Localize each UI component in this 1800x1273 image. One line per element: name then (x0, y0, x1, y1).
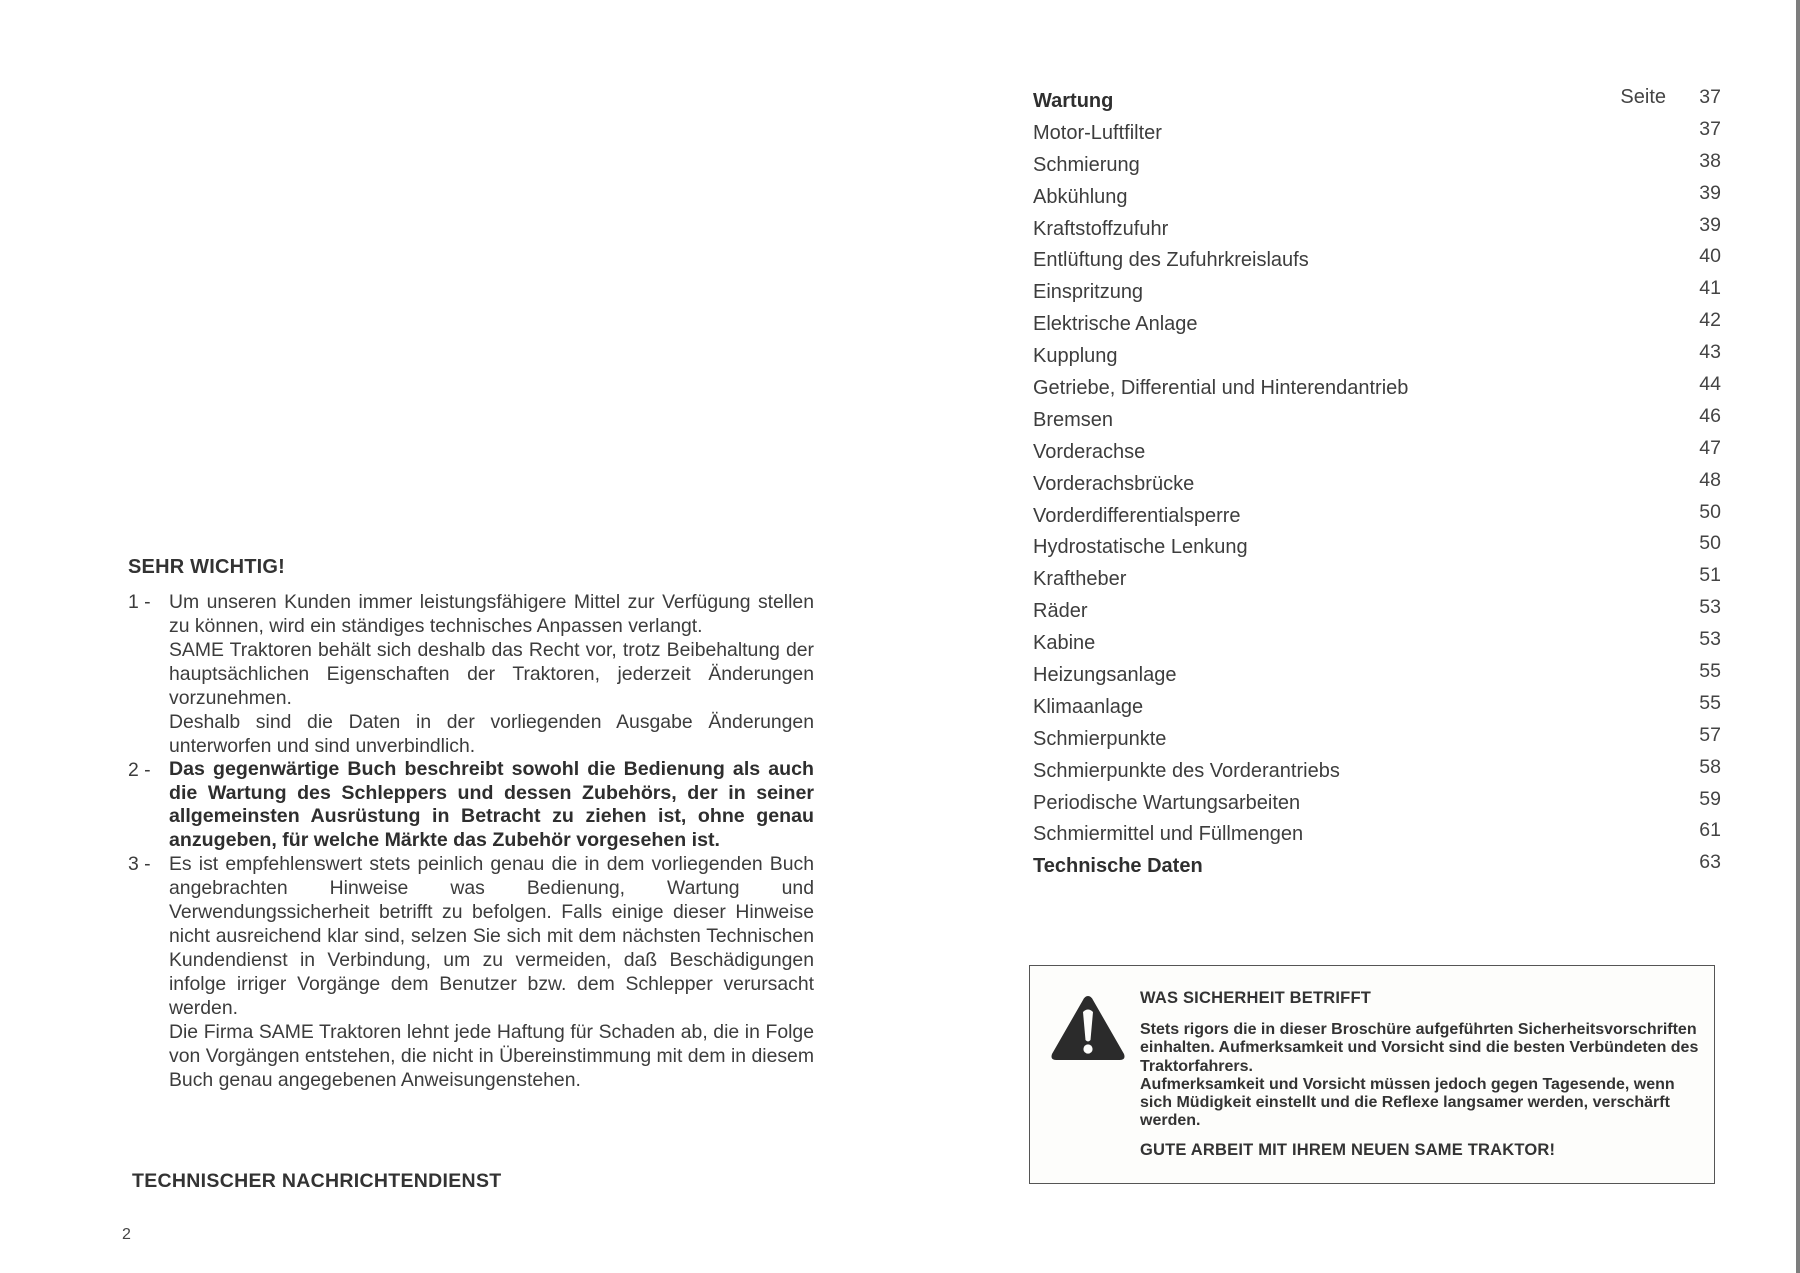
toc-entry: Kraftheber51 (1033, 568, 1723, 600)
toc-entry: Kupplung43 (1033, 345, 1723, 377)
safety-title: WAS SICHERHEIT BETRIFFT (1140, 989, 1371, 1008)
note-number: 1 - (128, 590, 151, 614)
toc-page-column-label: Seite (1620, 86, 1666, 109)
toc-entry-page-number: 53 (1699, 628, 1721, 651)
note-item-3: 3 - Es ist empfehlenswert stets peinlich… (126, 852, 814, 1092)
note-paragraph: Das gegenwärtige Buch beschreibt sowohl … (169, 758, 814, 852)
toc-entry-label: Motor-Luftfilter (1033, 122, 1162, 145)
toc-entry-label: Wartung (1033, 90, 1113, 113)
toc-entry: Vorderdifferentialsperre50 (1033, 505, 1723, 537)
toc-entry-page-number: 37 (1699, 118, 1721, 141)
toc-entry-label: Entlüftung des Zufuhrkreislaufs (1033, 249, 1309, 272)
toc-entry: Heizungsanlage55 (1033, 664, 1723, 696)
note-number: 3 - (128, 852, 151, 876)
toc-entry: Entlüftung des Zufuhrkreislaufs40 (1033, 249, 1723, 281)
toc-entry-page-number: 61 (1699, 819, 1721, 842)
toc-entry: Schmierpunkte des Vorderantriebs58 (1033, 760, 1723, 792)
toc-entry-page-number: 37 (1699, 86, 1721, 109)
toc-entry-label: Schmiermittel und Füllmengen (1033, 823, 1303, 846)
toc-entry-label: Vorderdifferentialsperre (1033, 505, 1241, 528)
note-paragraph: Um unseren Kunden immer leistungsfähiger… (169, 590, 814, 638)
toc-entry: Einspritzung41 (1033, 281, 1723, 313)
toc-entry-label: Vorderachse (1033, 441, 1145, 464)
table-of-contents: WartungSeite37Motor-Luftfilter37Schmieru… (1033, 90, 1723, 887)
toc-entry: Klimaanlage55 (1033, 696, 1723, 728)
toc-entry-page-number: 41 (1699, 277, 1721, 300)
safety-paragraph: Stets rigors die in dieser Broschüre auf… (1140, 1021, 1700, 1076)
toc-entry-page-number: 48 (1699, 469, 1721, 492)
toc-entry: Bremsen46 (1033, 409, 1723, 441)
toc-entry-label: Abkühlung (1033, 186, 1128, 209)
toc-entry-label: Schmierpunkte des Vorderantriebs (1033, 760, 1340, 783)
toc-entry-page-number: 38 (1699, 150, 1721, 173)
toc-entry-label: Bremsen (1033, 409, 1113, 432)
warning-triangle-icon (1050, 994, 1126, 1062)
toc-entry: Abkühlung39 (1033, 186, 1723, 218)
toc-entry-page-number: 50 (1699, 532, 1721, 555)
toc-entry-page-number: 43 (1699, 341, 1721, 364)
safety-closing-line: GUTE ARBEIT MIT IHREM NEUEN SAME TRAKTOR… (1140, 1141, 1555, 1160)
toc-entry: Schmierpunkte57 (1033, 728, 1723, 760)
toc-entry-label: Technische Daten (1033, 855, 1203, 878)
toc-entry-label: Kraftheber (1033, 568, 1126, 591)
toc-entry: Vorderachse47 (1033, 441, 1723, 473)
toc-entry: Schmierung38 (1033, 154, 1723, 186)
toc-entry: Elektrische Anlage42 (1033, 313, 1723, 345)
page-edge-divider (1796, 0, 1800, 1273)
note-item-1: 1 - Um unseren Kunden immer leistungsfäh… (126, 590, 814, 758)
toc-entry: Kraftstoffzufuhr39 (1033, 218, 1723, 250)
toc-entry: Motor-Luftfilter37 (1033, 122, 1723, 154)
toc-entry-page-number: 42 (1699, 309, 1721, 332)
important-heading: SEHR WICHTIG! (128, 556, 285, 579)
toc-entry-label: Einspritzung (1033, 281, 1143, 304)
toc-entry: Schmiermittel und Füllmengen61 (1033, 823, 1723, 855)
toc-entry: Periodische Wartungsarbeiten59 (1033, 792, 1723, 824)
toc-entry-label: Hydrostatische Lenkung (1033, 536, 1248, 559)
toc-entry-label: Vorderachsbrücke (1033, 473, 1194, 496)
toc-entry: Vorderachsbrücke48 (1033, 473, 1723, 505)
toc-entry-label: Schmierpunkte (1033, 728, 1166, 751)
toc-entry-label: Periodische Wartungsarbeiten (1033, 792, 1300, 815)
toc-entry: Getriebe, Differential und Hinterendantr… (1033, 377, 1723, 409)
toc-entry-label: Kraftstoffzufuhr (1033, 218, 1168, 241)
toc-entry-label: Getriebe, Differential und Hinterendantr… (1033, 377, 1408, 400)
note-number: 2 - (128, 758, 151, 782)
technical-news-service-heading: TECHNISCHER NACHRICHTENDIENST (132, 1170, 501, 1193)
safety-paragraph: Aufmerksamkeit und Vorsicht müssen jedoc… (1140, 1076, 1700, 1131)
toc-entry-page-number: 58 (1699, 756, 1721, 779)
toc-entry: Technische Daten63 (1033, 855, 1723, 887)
toc-entry-page-number: 59 (1699, 788, 1721, 811)
note-item-2: 2 - Das gegenwärtige Buch beschreibt sow… (126, 758, 814, 852)
toc-entry-page-number: 44 (1699, 373, 1721, 396)
toc-entry-page-number: 63 (1699, 851, 1721, 874)
toc-entry-label: Elektrische Anlage (1033, 313, 1198, 336)
toc-entry-page-number: 55 (1699, 660, 1721, 683)
toc-entry-page-number: 55 (1699, 692, 1721, 715)
toc-entry-page-number: 57 (1699, 724, 1721, 747)
note-paragraph: SAME Traktoren behält sich deshalb das R… (169, 638, 814, 710)
important-notes-list: 1 - Um unseren Kunden immer leistungsfäh… (126, 590, 814, 1092)
toc-entry-label: Räder (1033, 600, 1087, 623)
toc-entry-label: Heizungsanlage (1033, 664, 1176, 687)
toc-entry-page-number: 40 (1699, 245, 1721, 268)
toc-entry-page-number: 39 (1699, 182, 1721, 205)
toc-entry: Kabine53 (1033, 632, 1723, 664)
toc-entry: Räder53 (1033, 600, 1723, 632)
toc-entry-page-number: 53 (1699, 596, 1721, 619)
toc-entry-label: Kupplung (1033, 345, 1118, 368)
note-paragraph: Es ist empfehlenswert stets peinlich gen… (169, 852, 814, 1020)
toc-entry-label: Kabine (1033, 632, 1095, 655)
safety-text: Stets rigors die in dieser Broschüre auf… (1140, 1021, 1700, 1131)
note-paragraph: Deshalb sind die Daten in der vorliegend… (169, 710, 814, 758)
page-number: 2 (122, 1226, 131, 1244)
toc-entry-page-number: 47 (1699, 437, 1721, 460)
toc-entry-label: Schmierung (1033, 154, 1140, 177)
toc-entry-page-number: 46 (1699, 405, 1721, 428)
toc-entry-page-number: 39 (1699, 214, 1721, 237)
note-paragraph: Die Firma SAME Traktoren lehnt jede Haft… (169, 1020, 814, 1092)
toc-entry: Hydrostatische Lenkung50 (1033, 536, 1723, 568)
toc-entry: WartungSeite37 (1033, 90, 1723, 122)
safety-notice-box: WAS SICHERHEIT BETRIFFT Stets rigors die… (1029, 965, 1715, 1184)
toc-entry-page-number: 51 (1699, 564, 1721, 587)
toc-entry-page-number: 50 (1699, 501, 1721, 524)
toc-entry-label: Klimaanlage (1033, 696, 1143, 719)
